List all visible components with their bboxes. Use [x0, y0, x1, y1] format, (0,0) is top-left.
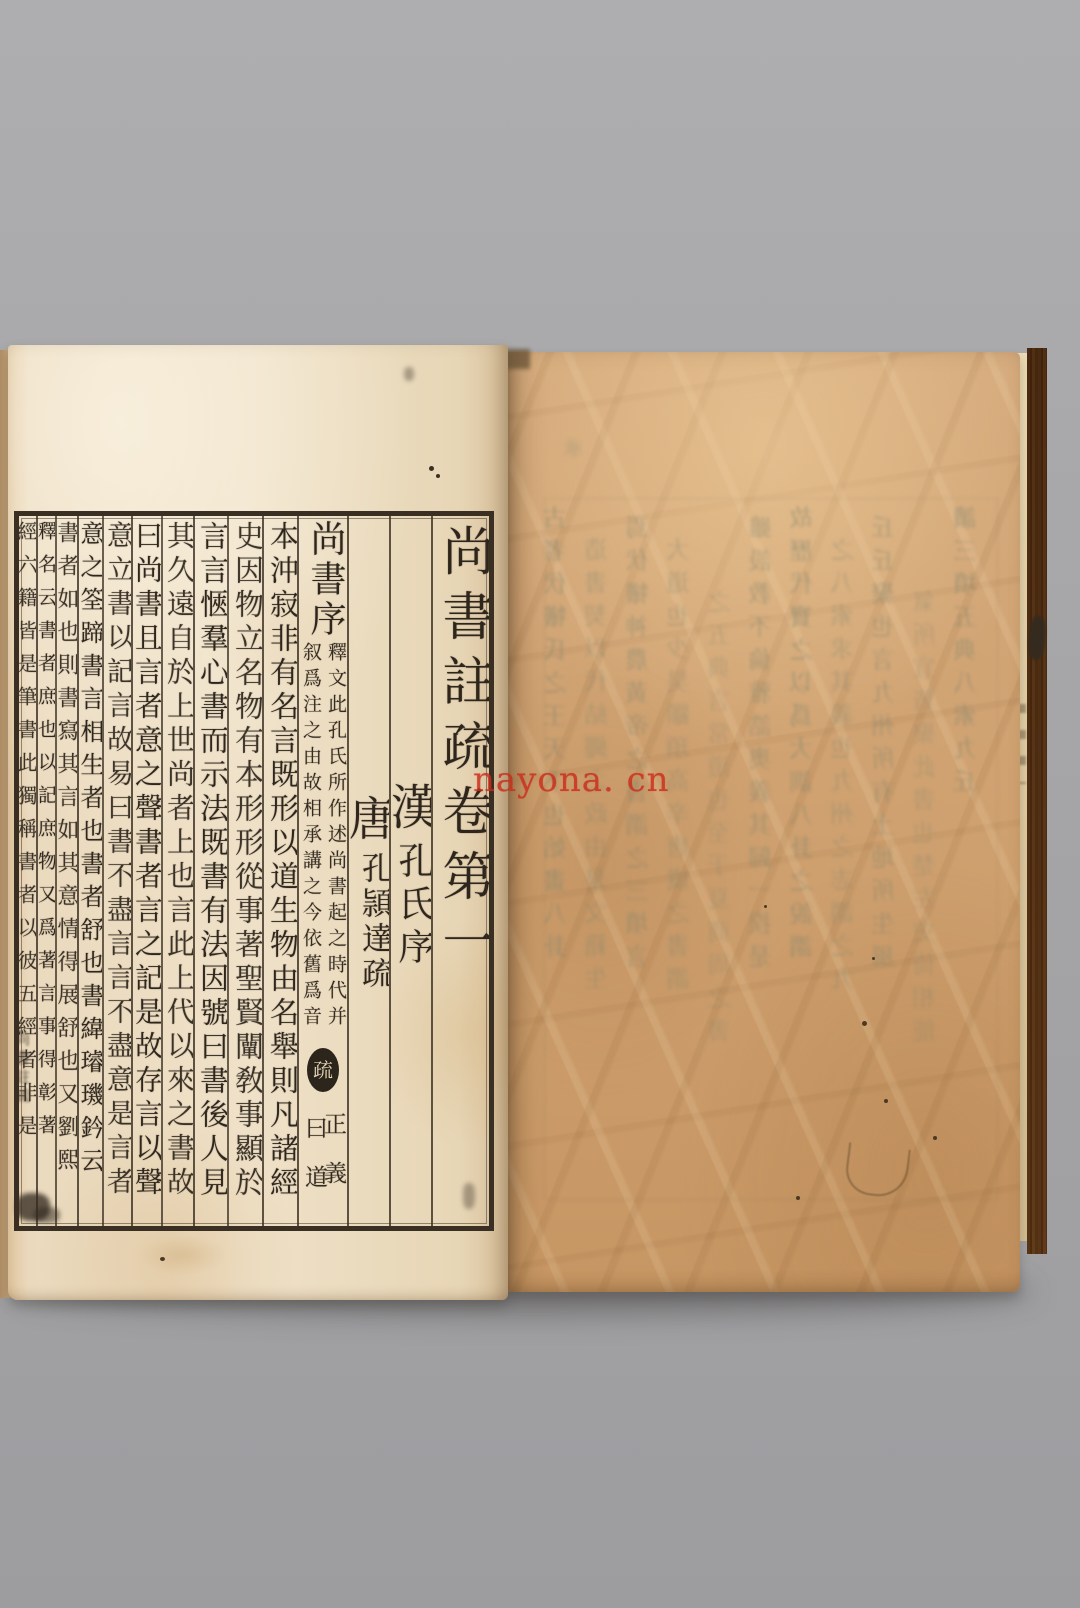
text-columns: 尚書註疏卷第一 漢 孔氏序 唐 孔頴達疏 尚書序 釋文此孔氏所作述尚書起之時代并…: [19, 516, 489, 1226]
author-kong-yingda-shu: 孔頴達疏: [349, 852, 389, 992]
spine-thread-notch: [506, 349, 530, 369]
author-kong-shi-xu: 孔氏序: [391, 842, 431, 971]
ink-speck: [872, 957, 875, 960]
bleedthrough-column: 古者伏犧氏之王天下也始畫八卦: [545, 499, 586, 1199]
bleedthrough-text-block: 古者伏犧氏之王天下也始畫八卦 造書契以代結繩之政由是文籍生 焉伏犧神農黃帝之書謂…: [544, 498, 998, 1200]
dynasty-han: 漢: [391, 784, 431, 832]
text-column: 史因物立名物有本形形從事著聖賢闡敎事顯於: [227, 516, 262, 1226]
ink-speck: [160, 1257, 165, 1261]
right-page: 承 古者伏犧氏之王天下也始畫八卦 造書契以代結繩之政由是文籍生 焉伏犧神農黃帝之…: [506, 352, 1020, 1292]
paper-stain: [138, 1235, 228, 1275]
bleedthrough-column: 造書契以代結繩之政由是文籍生: [586, 499, 627, 1199]
text-column: 本沖寂非有名言既形以道生物由名舉則凡諸經: [262, 516, 297, 1226]
text-column: 意立書以記言故易曰書不盡言言不盡意是言者: [102, 516, 131, 1226]
zhengyi-left: 曰道: [302, 1116, 325, 1214]
bleedthrough-column: 故歷代寶之以爲大訓八卦之說謂: [791, 499, 832, 1199]
shiwen-note-left: 叙爲注之由故相承講之今依舊爲音: [301, 642, 320, 1032]
text-column: 意之筌蹄書言相生者也書者舒也書緯璿璣鈐云: [77, 516, 102, 1226]
text-column: 書者如也則書寫其言如其意情得展舒也又劉熙: [55, 516, 77, 1226]
ink-speck: [764, 905, 767, 908]
ink-speck: [796, 1196, 800, 1200]
ink-speck: [429, 466, 434, 471]
left-page: 尚書註疏 尚書註疏卷第一 漢 孔氏序 唐 孔頴達疏: [8, 345, 508, 1300]
bleedthrough-column: 大道也少昊顓頊高辛唐虞之書謂: [668, 499, 709, 1199]
bleedthrough-column: 之五典言常道也至于夏商周之書: [709, 499, 750, 1199]
text-column: 其久遠自於上世尚者上也言此上代以來之書故: [161, 516, 193, 1226]
bleedthrough-column: 焉伏犧神農黃帝之書謂之三墳言: [627, 499, 668, 1199]
section-heading-shangshu-xu: 尚書序: [307, 520, 343, 640]
dynasty-tang: 唐: [349, 796, 389, 842]
ink-speck: [436, 474, 440, 478]
attribution-column-han: 漢 孔氏序: [389, 516, 431, 1226]
text-column: 釋名云書者庶也以記庶物又爲著言事得彰著: [36, 516, 55, 1226]
section-heading-column: 尚書序 釋文此孔氏所作述尚書起之時代并 叙爲注之由故相承講之今依舊爲音 疏 正義…: [297, 516, 347, 1226]
text-block-frame: 尚書註疏卷第一 漢 孔氏序 唐 孔頴達疏 尚書序 釋文此孔氏所作述尚書起之時代并…: [14, 511, 494, 1231]
bleedthrough-stray-mark: 承: [560, 438, 590, 488]
text-column: 言言愜羣心書而示法既書有法因號曰書後人見: [193, 516, 227, 1226]
ink-speck: [862, 1021, 867, 1026]
volume-title-column: 尚書註疏卷第一: [431, 516, 489, 1226]
shiwen-note-right: 釋文此孔氏所作述尚書起之時代并: [326, 642, 345, 1032]
bleedthrough-column: 讀三墳五典八索九丘: [955, 499, 996, 1199]
attribution-column-tang: 唐 孔頴達疏: [347, 516, 389, 1226]
shu-commentary-marker: 疏: [307, 1048, 339, 1092]
bleedthrough-column: 雖設教不倫雅誥奧義其歸一揆是: [750, 499, 791, 1199]
bleedthrough-column: 之八索求其義也九州之志謂之九: [832, 499, 873, 1199]
ink-speck: [933, 1136, 937, 1140]
text-column: 曰尚書且言者意之聲書者言之記是故存言以聲: [131, 516, 161, 1226]
site-watermark: nayona. cn: [473, 760, 670, 800]
bleedthrough-column: 氣所宜皆聚此書也楚左史倚相能: [914, 499, 955, 1199]
fore-edge-page-stack: [1027, 348, 1047, 1254]
bleedthrough-column: 丘丘聚也言九州所有土地所生風: [873, 499, 914, 1199]
book-photo: 承 古者伏犧氏之王天下也始畫八卦 造書契以代結繩之政由是文籍生 焉伏犧神農黃帝之…: [0, 0, 1080, 1608]
margin-mark: [404, 367, 414, 381]
text-column: 經六籍皆是筆書此獨稱書者以彼五經者非是: [14, 516, 36, 1226]
ink-speck: [884, 1099, 888, 1103]
